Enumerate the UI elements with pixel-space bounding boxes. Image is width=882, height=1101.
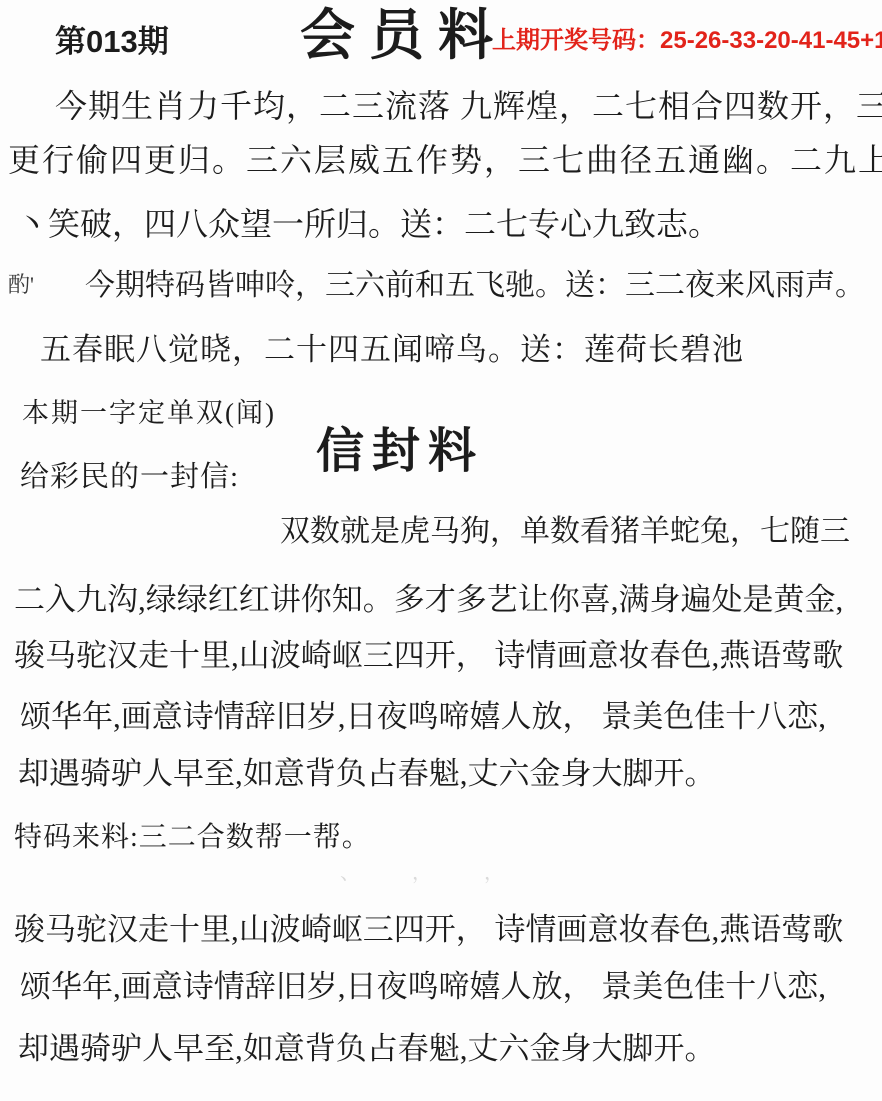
letter-line-5: 却遇骑驴人早至,如意背负占春魁,丈六金身大脚开。: [18, 756, 716, 792]
issue-number: 第013期: [55, 24, 169, 60]
letter-line-1: 双数就是虎马狗，单数看猪羊蛇兔，七随三: [280, 515, 850, 550]
scan-artifact-marks: 、，，: [340, 862, 566, 885]
special-code-hint-line: 特码来料:三二合数帮一帮。: [14, 822, 371, 854]
member-verse-line-1: 今期生肖力千均，二三流落 九辉煌，二七相合四数开，三: [55, 88, 882, 125]
last-draw-numbers: 上期开奖号码：25-26-33-20-41-45+11: [492, 27, 882, 55]
last-draw-label: 上期开奖号码：: [492, 27, 660, 54]
member-verse-line-5: 五春眠八觉晓，二十四五闻啼鸟。送：莲荷长碧池: [40, 332, 744, 368]
member-verse-line-4: 今期特码皆呻呤，三六前和五飞驰。送：三二夜来风雨声。: [85, 269, 865, 304]
repeat-verse-line-3: 却遇骑驴人早至,如意背负占春魁,丈六金身大脚开。: [18, 1031, 716, 1067]
member-verse-line-2: 更行偷四更归。三六层威五作势，三七曲径五通幽。二九上阵: [8, 142, 882, 179]
repeat-verse-line-1: 骏马驼汉走十里,山波崎岖三四开， 诗情画意妆春色,燕语莺歌: [14, 912, 843, 948]
letter-line-4: 颂华年,画意诗情辞旧岁,日夜鸣啼嬉人放， 景美色佳十八恋,: [20, 699, 826, 735]
page-title: 会员料: [300, 4, 507, 67]
envelope-section-title: 信封料: [316, 424, 484, 479]
letter-intro: 给彩民的一封信:: [20, 461, 239, 494]
margin-artifact-mark: 酌': [8, 272, 34, 297]
repeat-verse-line-2: 颂华年,画意诗情辞旧岁,日夜鸣啼嬉人放， 景美色佳十八恋,: [20, 969, 826, 1005]
letter-line-2: 二入九沟,绿绿红红讲你知。多才多艺让你喜,满身遍处是黄金,: [14, 582, 843, 618]
last-draw-value: 25-26-33-20-41-45+11: [660, 27, 882, 54]
letter-line-3: 骏马驼汉走十里,山波崎岖三四开， 诗情画意妆春色,燕语莺歌: [14, 638, 843, 674]
single-double-hint-line: 本期一字定单双(闻): [22, 398, 276, 429]
member-verse-line-3: 丶笑破，四八众望一所归。送：二七专心九致志。: [16, 206, 720, 243]
lottery-tip-sheet: 第013期 会员料 上期开奖号码：25-26-33-20-41-45+11 今期…: [0, 0, 882, 1101]
